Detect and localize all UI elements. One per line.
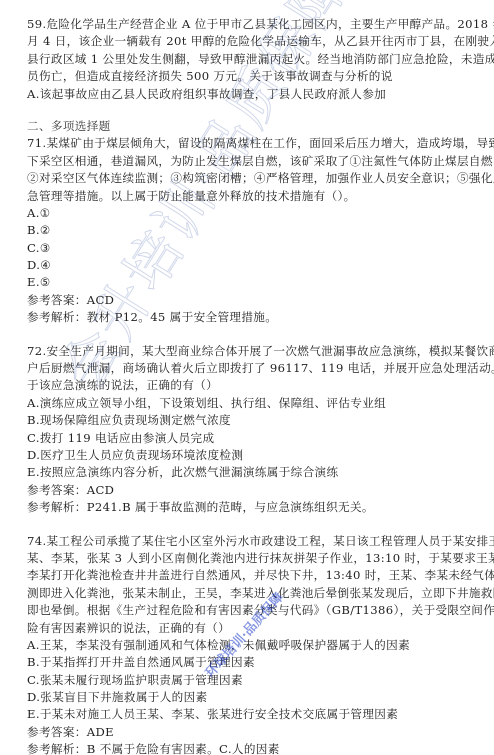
question-74-option-a: A.王某，李某没有强制通风和气体检测，未佩戴呼吸保护器属于人的因素 [27, 637, 482, 654]
question-71-text-line: ②对采空区气体连续监测；③构筑密闭槽；④严格管理，加强作业人员安全意识；⑤强化应 [27, 170, 482, 187]
question-72-option-d: D.医疗卫生人员应负责现场环境浓度检测 [27, 447, 482, 464]
question-74: 74.某工程公司承揽了某住宅小区室外污水市政建设工程，某日该工程管理人员于某安排… [27, 533, 482, 755]
question-72-option-b: B.现场保障组应负责现场测定燃气浓度 [27, 412, 482, 429]
spacer [27, 517, 482, 533]
question-71-text-line: 71.某煤矿由于煤层倾角大，留设的隔离煤柱在工作，面回采后压力增大，造成垮塌，导… [27, 135, 482, 152]
question-72-option-a: A.演练应成立领导小组，下设策划组、执行组、保障组、评估专业组 [27, 395, 482, 412]
spacer [27, 327, 482, 343]
section-heading: 二、多项选择题 [27, 118, 482, 135]
question-74-answer: 参考答案：ADE [27, 724, 482, 741]
question-72-option-c: C.拨打 119 电话应由参演人员完成 [27, 430, 482, 447]
question-71-analysis: 参考解析：教材 P12。45 属于安全管理措施。 [27, 309, 482, 326]
question-59-text-line: 员伤亡，但造成直接经济损失 500 万元。关于该事故调查与分析的说 [27, 68, 482, 85]
question-71-answer: 参考答案：ACD [27, 292, 482, 309]
question-71: 71.某煤矿由于煤层倾角大，留设的隔离煤柱在工作，面回采后压力增大，造成垮塌，导… [27, 135, 482, 326]
question-71-option-e: E.⑤ [27, 274, 482, 291]
question-72: 72.安全生产月期间，某大型商业综合体开展了一次燃气泄漏事故应急演练，模拟某餐饮… [27, 343, 482, 517]
question-74-text-line: 李某打开化粪池检查井井盖进行自然通风，并尽快下井，13:40 时，王某、李某未经… [27, 567, 482, 584]
question-71-option-d: D.④ [27, 257, 482, 274]
question-59: 59.危险化学品生产经营企业 A 位于甲市乙县某化工园区内，主要生产甲醇产品。2… [27, 16, 482, 103]
question-59-text-line: 59.危险化学品生产经营企业 A 位于甲市乙县某化工园区内，主要生产甲醇产品。2… [27, 16, 482, 33]
question-72-answer: 参考答案：ACD [27, 482, 482, 499]
question-72-option-e: E.按照应急演练内容分析，此次燃气泄漏演练属于综合演练 [27, 464, 482, 481]
question-74-text-line: 测即进入化粪池，张某未制止，王吴，李某进入化粪池后晕倒张某发现后，立即下井施救随 [27, 585, 482, 602]
question-71-text-line: 急管理等措施。以上属于防止能量意外释放的技术措施有（）。 [27, 188, 482, 205]
question-71-option-a: A.① [27, 205, 482, 222]
spacer [27, 103, 482, 118]
question-72-text-line: 于该应急演练的说法，正确的有（） [27, 377, 482, 394]
question-71-option-b: B.② [27, 222, 482, 239]
question-59-option-a: A.该起事故应由乙县人民政府组织事故调查，丁县人民政府派人参加 [27, 86, 482, 103]
question-72-text-line: 户后厨燃气泄漏，商场确认着火后立即拨打了 96117、119 电话，并展开应急处… [27, 360, 482, 377]
question-74-option-e: E.于某未对施工人员王某、李某、张某进行安全技术交底属于管理因素 [27, 706, 482, 723]
question-72-text-line: 72.安全生产月期间，某大型商业综合体开展了一次燃气泄漏事故应急演练，模拟某餐饮… [27, 343, 482, 360]
question-59-text-line: 县行政区域 1 公里处发生侧翻，导致甲醇泄漏丙起火。经当地消防部门应急抢险，未造… [27, 51, 482, 68]
question-74-text-line: 74.某工程公司承揽了某住宅小区室外污水市政建设工程，某日该工程管理人员于某安排… [27, 533, 482, 550]
document-page: 59.危险化学品生产经营企业 A 位于甲市乙县某化工园区内，主要生产甲醇产品。2… [27, 16, 482, 755]
question-74-text-line: 某、李某，张某 3 人到小区南侧化粪池内进行抹灰拼架子作业，13:10 时，于某… [27, 550, 482, 567]
question-71-text-line: 下采空区相通，巷道漏风，为防止发生煤层自燃，该矿采取了①注氮性气体防止煤层自燃； [27, 153, 482, 170]
question-74-option-b: B.于某指挥打开井盖自然通风属于管理因素 [27, 654, 482, 671]
question-74-option-d: D.张某盲目下井施救属于人的因素 [27, 689, 482, 706]
question-74-text-line: 即也晕倒。根据《生产过程危险和有害因素分类与代码》（GB/T1386），关于受限… [27, 602, 482, 619]
question-74-analysis: 参考解析：B 不属于危险有害因素。C.人的因素 [27, 741, 482, 755]
question-71-option-c: C.③ [27, 240, 482, 257]
question-74-option-c: C.张某未履行现场监护职责属于管理因素 [27, 672, 482, 689]
question-59-text-line: 月 4 日，该企业一辆载有 20t 甲醇的危险化学品运输车，从乙县开往丙市丁县，… [27, 33, 482, 50]
question-74-text-line: 险有害因素辨识的说法，正确的有（） [27, 620, 482, 637]
question-72-analysis: 参考解析：P241.B 属于事故监测的范畴，与应急演练组织无关。 [27, 499, 482, 516]
